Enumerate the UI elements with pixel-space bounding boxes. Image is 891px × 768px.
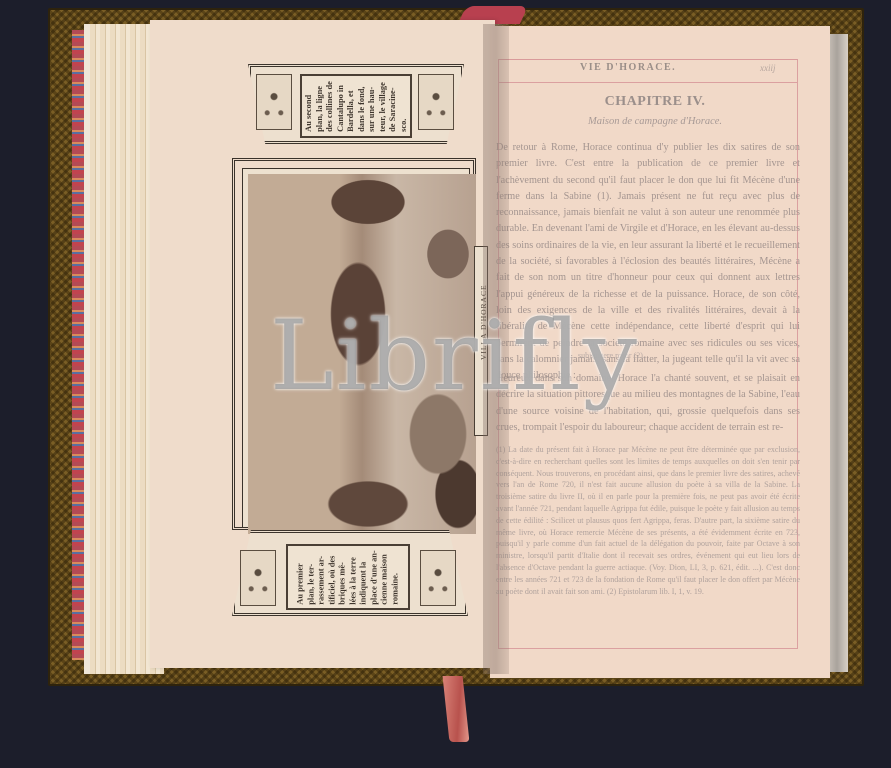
chapter-title: CHAPITRE IV. xyxy=(490,94,820,110)
caption-top-box: Au second plan, la ligne des collines de… xyxy=(300,74,412,138)
ornament-icon xyxy=(240,550,276,606)
footnotes: (1) La date du présent fait à Horace par… xyxy=(496,444,800,597)
ornament-icon xyxy=(420,550,456,606)
header-rule xyxy=(498,82,798,83)
chapter-subtitle: Maison de campagne d'Horace. xyxy=(490,116,820,127)
watermark: Librifly xyxy=(270,300,639,412)
running-head: VIE D'HORACE. xyxy=(580,62,676,73)
caption-bottom-text: Au premier plan, le ter- rassement ar- t… xyxy=(295,550,400,604)
caption-top-text: Au second plan, la ligne des collines de… xyxy=(304,81,409,132)
ornament-icon xyxy=(256,74,292,130)
caption-bottom-box: Au premier plan, le ter- rassement ar- t… xyxy=(286,544,410,610)
ornament-icon xyxy=(418,74,454,130)
page-number: xxiij xyxy=(760,63,776,73)
